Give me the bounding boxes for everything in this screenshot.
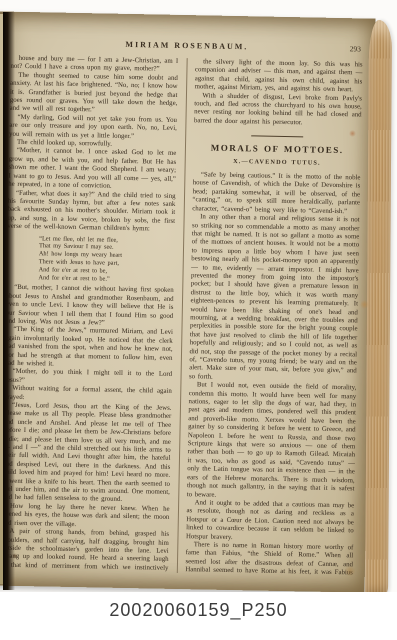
book-page: MIRIAM ROSENBAUM. 293 house and bury me …: [0, 11, 375, 592]
paragraph: And it ought to be added that a cautious…: [186, 499, 354, 544]
right-continuation-paragraphs: the silvery light of the moon lay. So th…: [194, 58, 363, 128]
hymn-verse: “Let me flee, oh! let me flee, That my S…: [38, 235, 174, 284]
verse-line: And for e'er at rest to be.”: [38, 274, 174, 284]
paragraph: “Father, what does it say?” And the chil…: [7, 189, 175, 234]
section-paragraphs: “Safe by being cautious.” It is the mott…: [184, 171, 360, 576]
running-header: MIRIAM ROSENBAUM. 293: [11, 38, 363, 54]
page-number: 293: [350, 44, 361, 53]
paragraph: But I would not, even outside the field …: [187, 381, 357, 502]
paragraph: How long he lay there he never knew. Whe…: [2, 502, 170, 530]
page-edge-stack: [365, 20, 392, 592]
left-text-column: house and bury me — for I am a Jew-Chris…: [1, 55, 187, 573]
scan-label-strip: 20020060159_P250: [0, 592, 397, 640]
right-text-column: the silvery light of the moon lay. So th…: [177, 58, 362, 576]
paragraph: There is no name in Roman history more w…: [184, 541, 353, 576]
section-title: MORALS OF MOTTOES.: [193, 143, 361, 155]
paragraph: In any other than a moral and religious …: [189, 213, 360, 384]
section-subtitle: X.—CAVENDO TUTUS.: [193, 157, 361, 169]
paragraph: The thought seemed to cause him some dou…: [10, 72, 178, 117]
paragraph: A pair of strong hands, from behind, gra…: [1, 528, 169, 573]
paragraph: With a shudder of disgust, Levi broke fr…: [194, 92, 362, 129]
left-paragraphs-before-verse: house and bury me — for I am a Jew-Chris…: [7, 55, 178, 235]
left-paragraphs-after-verse: “But, mother, I cannot die without havin…: [1, 284, 174, 573]
paragraph: “The King of the Jews,” murmured Miriam,…: [5, 326, 173, 371]
paragraph: “My darling, God will not yet take you f…: [9, 114, 177, 142]
book-scan-photo: MIRIAM ROSENBAUM. 293 house and bury me …: [0, 0, 397, 592]
paragraph: “But, mother, I cannot die without havin…: [6, 284, 174, 329]
paragraph: “Safe by being cautious.” It is the mott…: [192, 171, 360, 216]
running-title: MIRIAM ROSENBAUM.: [125, 40, 248, 51]
paragraph: “Mother, it cannot be. I once asked God …: [8, 147, 176, 192]
page-content: MIRIAM ROSENBAUM. 293 house and bury me …: [1, 38, 363, 579]
paragraph: “Jesus, Lord Jesus, thou art the King of…: [2, 402, 171, 506]
book-gutter-shadow: [3, 12, 15, 590]
text-columns: house and bury me — for I am a Jew-Chris…: [1, 55, 363, 577]
paragraph: the silvery light of the moon lay. So th…: [195, 58, 363, 95]
section-divider-rule: [251, 136, 303, 138]
scan-id-label: 20020060159_P250: [0, 600, 397, 621]
